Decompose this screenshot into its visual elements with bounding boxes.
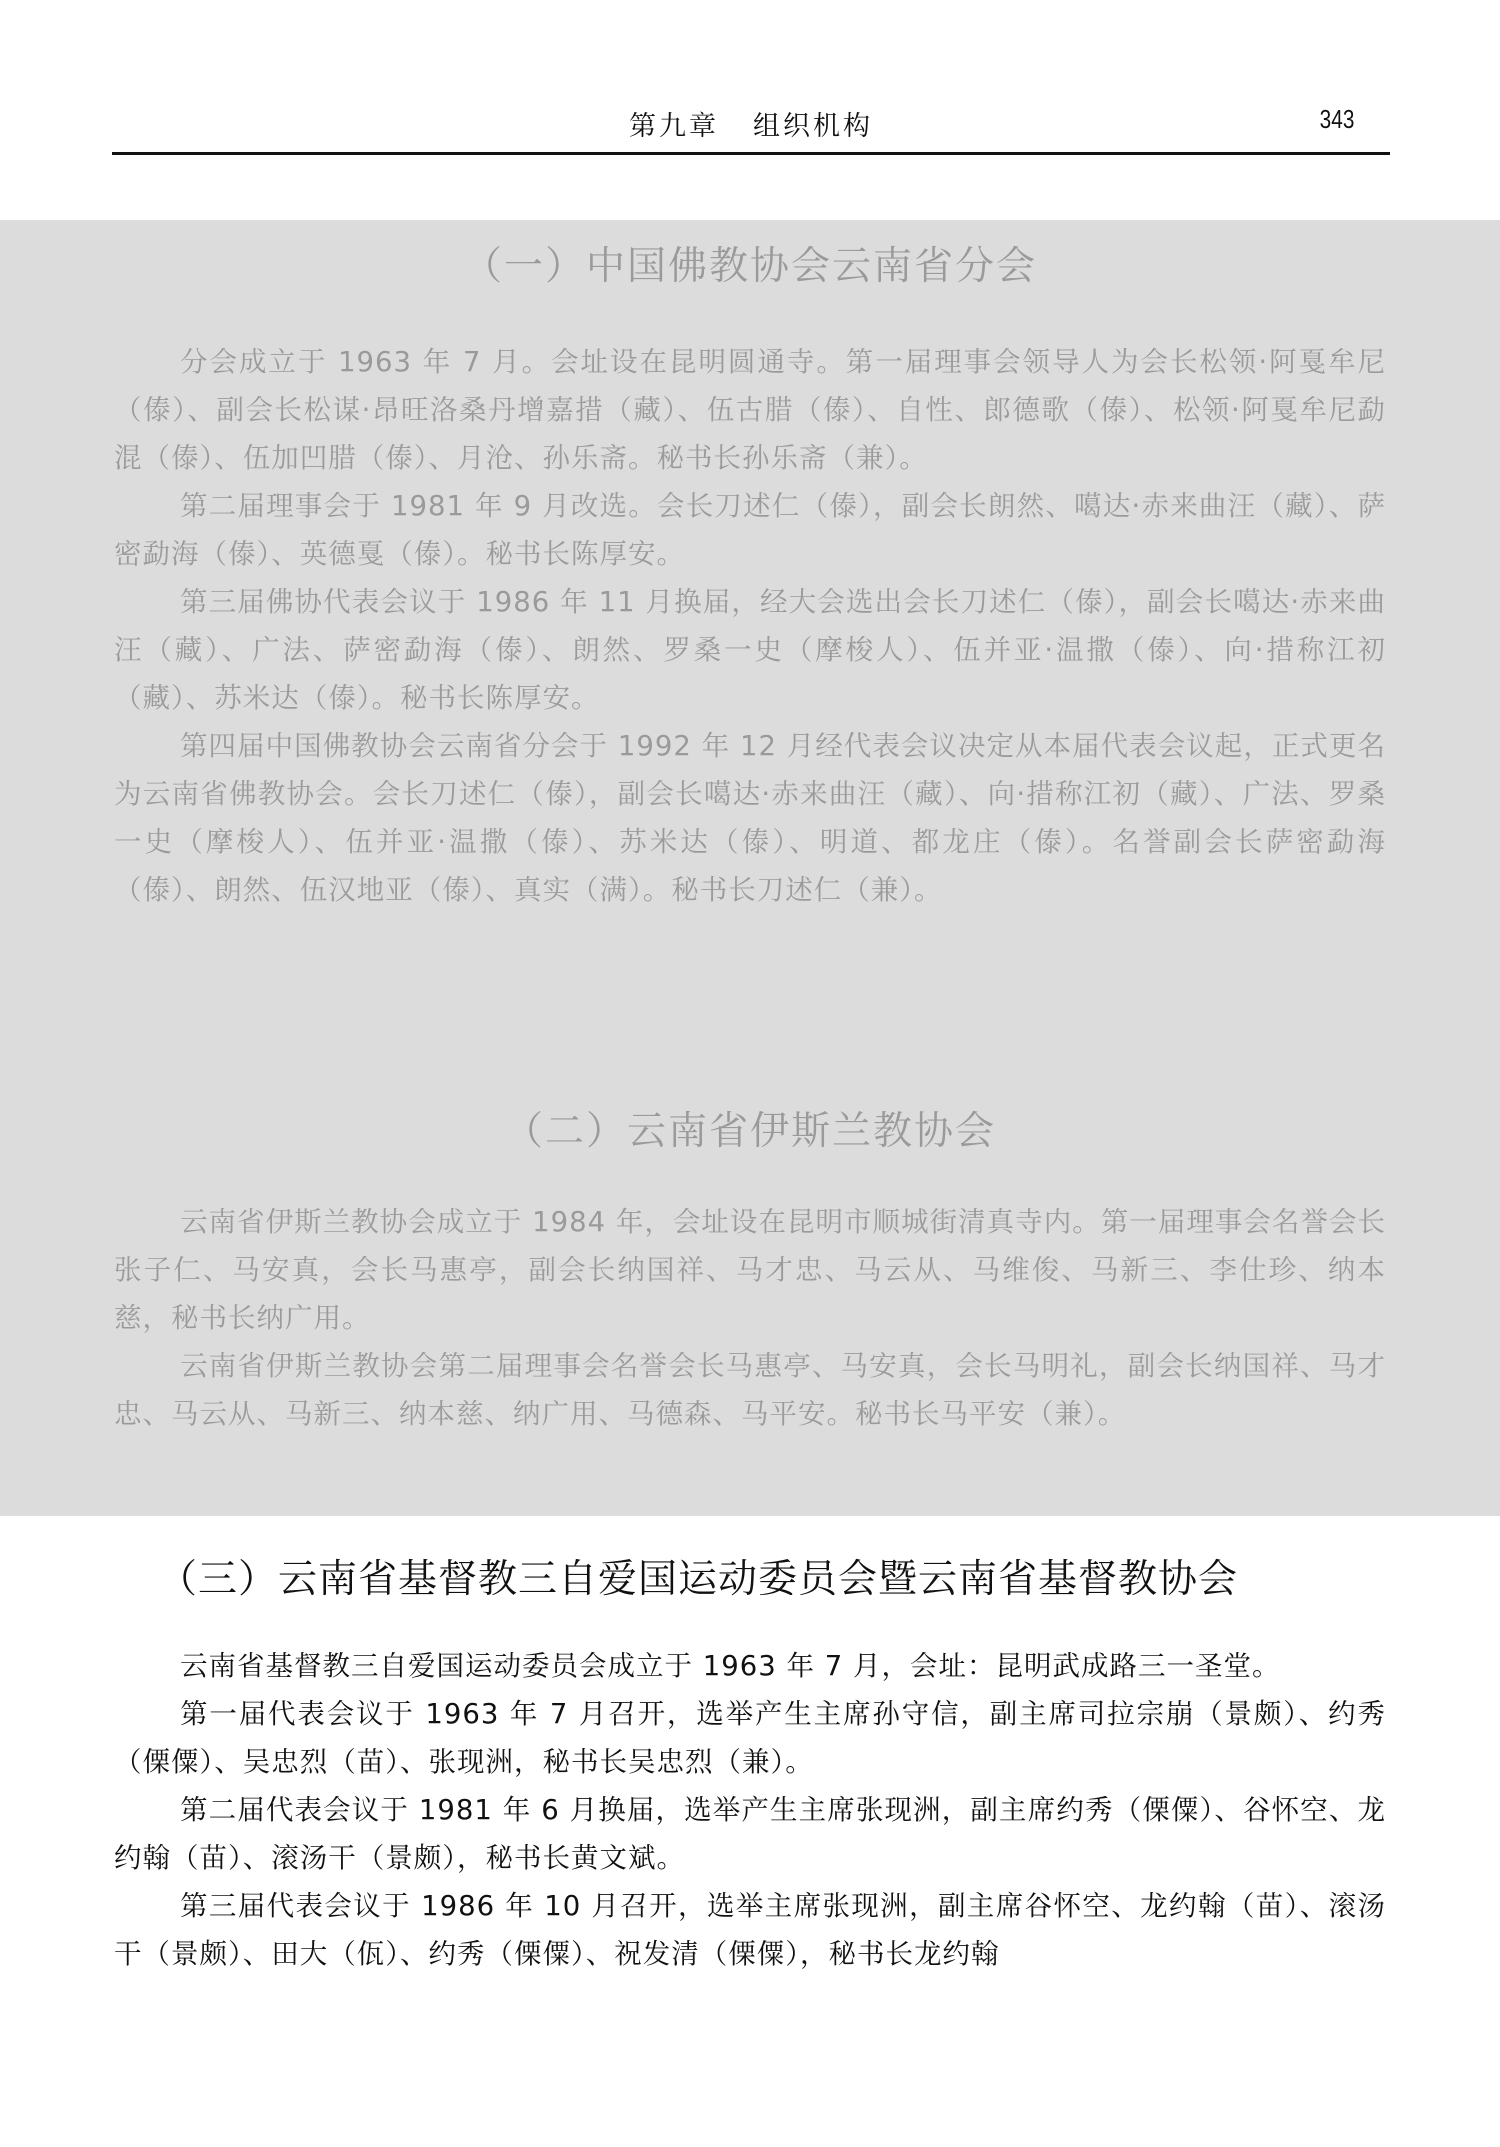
paragraph: 第二届代表会议于 1981 年 6 月换届，选举产生主席张现洲，副主席约秀（傈僳… xyxy=(114,1786,1386,1882)
paragraph: 第一届代表会议于 1963 年 7 月召开，选举产生主席孙守信，副主席司拉宗崩（… xyxy=(114,1690,1386,1786)
chapter-number: 第九章 xyxy=(629,111,719,142)
header-rule xyxy=(112,152,1390,155)
paragraph: 云南省伊斯兰教协会成立于 1984 年，会址设在昆明市顺城街清真寺内。第一届理事… xyxy=(114,1198,1386,1342)
paragraph: 第四届中国佛教协会云南省分会于 1992 年 12 月经代表会议决定从本届代表会… xyxy=(114,722,1386,914)
header-title: 第九章组织机构 xyxy=(112,104,1390,143)
paragraph: 第二届理事会于 1981 年 9 月改选。会长刀述仁（傣），副会长朗然、噶达·赤… xyxy=(114,482,1386,578)
running-header: 第九章组织机构 343 xyxy=(112,98,1390,148)
section-body-islamic: 云南省伊斯兰教协会成立于 1984 年，会址设在昆明市顺城街清真寺内。第一届理事… xyxy=(114,1198,1386,1438)
section-body-buddhist: 分会成立于 1963 年 7 月。会址设在昆明圆通寺。第一届理事会领导人为会长松… xyxy=(114,338,1386,914)
section-heading-buddhist: （一）中国佛教协会云南省分会 xyxy=(0,235,1500,291)
section-heading-christian: （三）云南省基督教三自爱国运动委员会暨云南省基督教协会 xyxy=(158,1548,1238,1604)
section-heading-islamic: （二）云南省伊斯兰教协会 xyxy=(0,1100,1500,1156)
paragraph: 第三届佛协代表会议于 1986 年 11 月换届，经大会选出会长刀述仁（傣），副… xyxy=(114,578,1386,722)
dimmed-region: （一）中国佛教协会云南省分会 分会成立于 1963 年 7 月。会址设在昆明圆通… xyxy=(0,220,1500,1516)
paragraph: 分会成立于 1963 年 7 月。会址设在昆明圆通寺。第一届理事会领导人为会长松… xyxy=(114,338,1386,482)
page-number: 343 xyxy=(1319,104,1354,135)
section-body-christian: 云南省基督教三自爱国运动委员会成立于 1963 年 7 月，会址：昆明武成路三一… xyxy=(114,1642,1386,1978)
paragraph: 云南省伊斯兰教协会第二届理事会名誉会长马惠亭、马安真，会长马明礼，副会长纳国祥、… xyxy=(114,1342,1386,1438)
paragraph: 云南省基督教三自爱国运动委员会成立于 1963 年 7 月，会址：昆明武成路三一… xyxy=(114,1642,1386,1690)
chapter-title: 组织机构 xyxy=(753,111,873,142)
paragraph: 第三届代表会议于 1986 年 10 月召开，选举主席张现洲，副主席谷怀空、龙约… xyxy=(114,1882,1386,1978)
